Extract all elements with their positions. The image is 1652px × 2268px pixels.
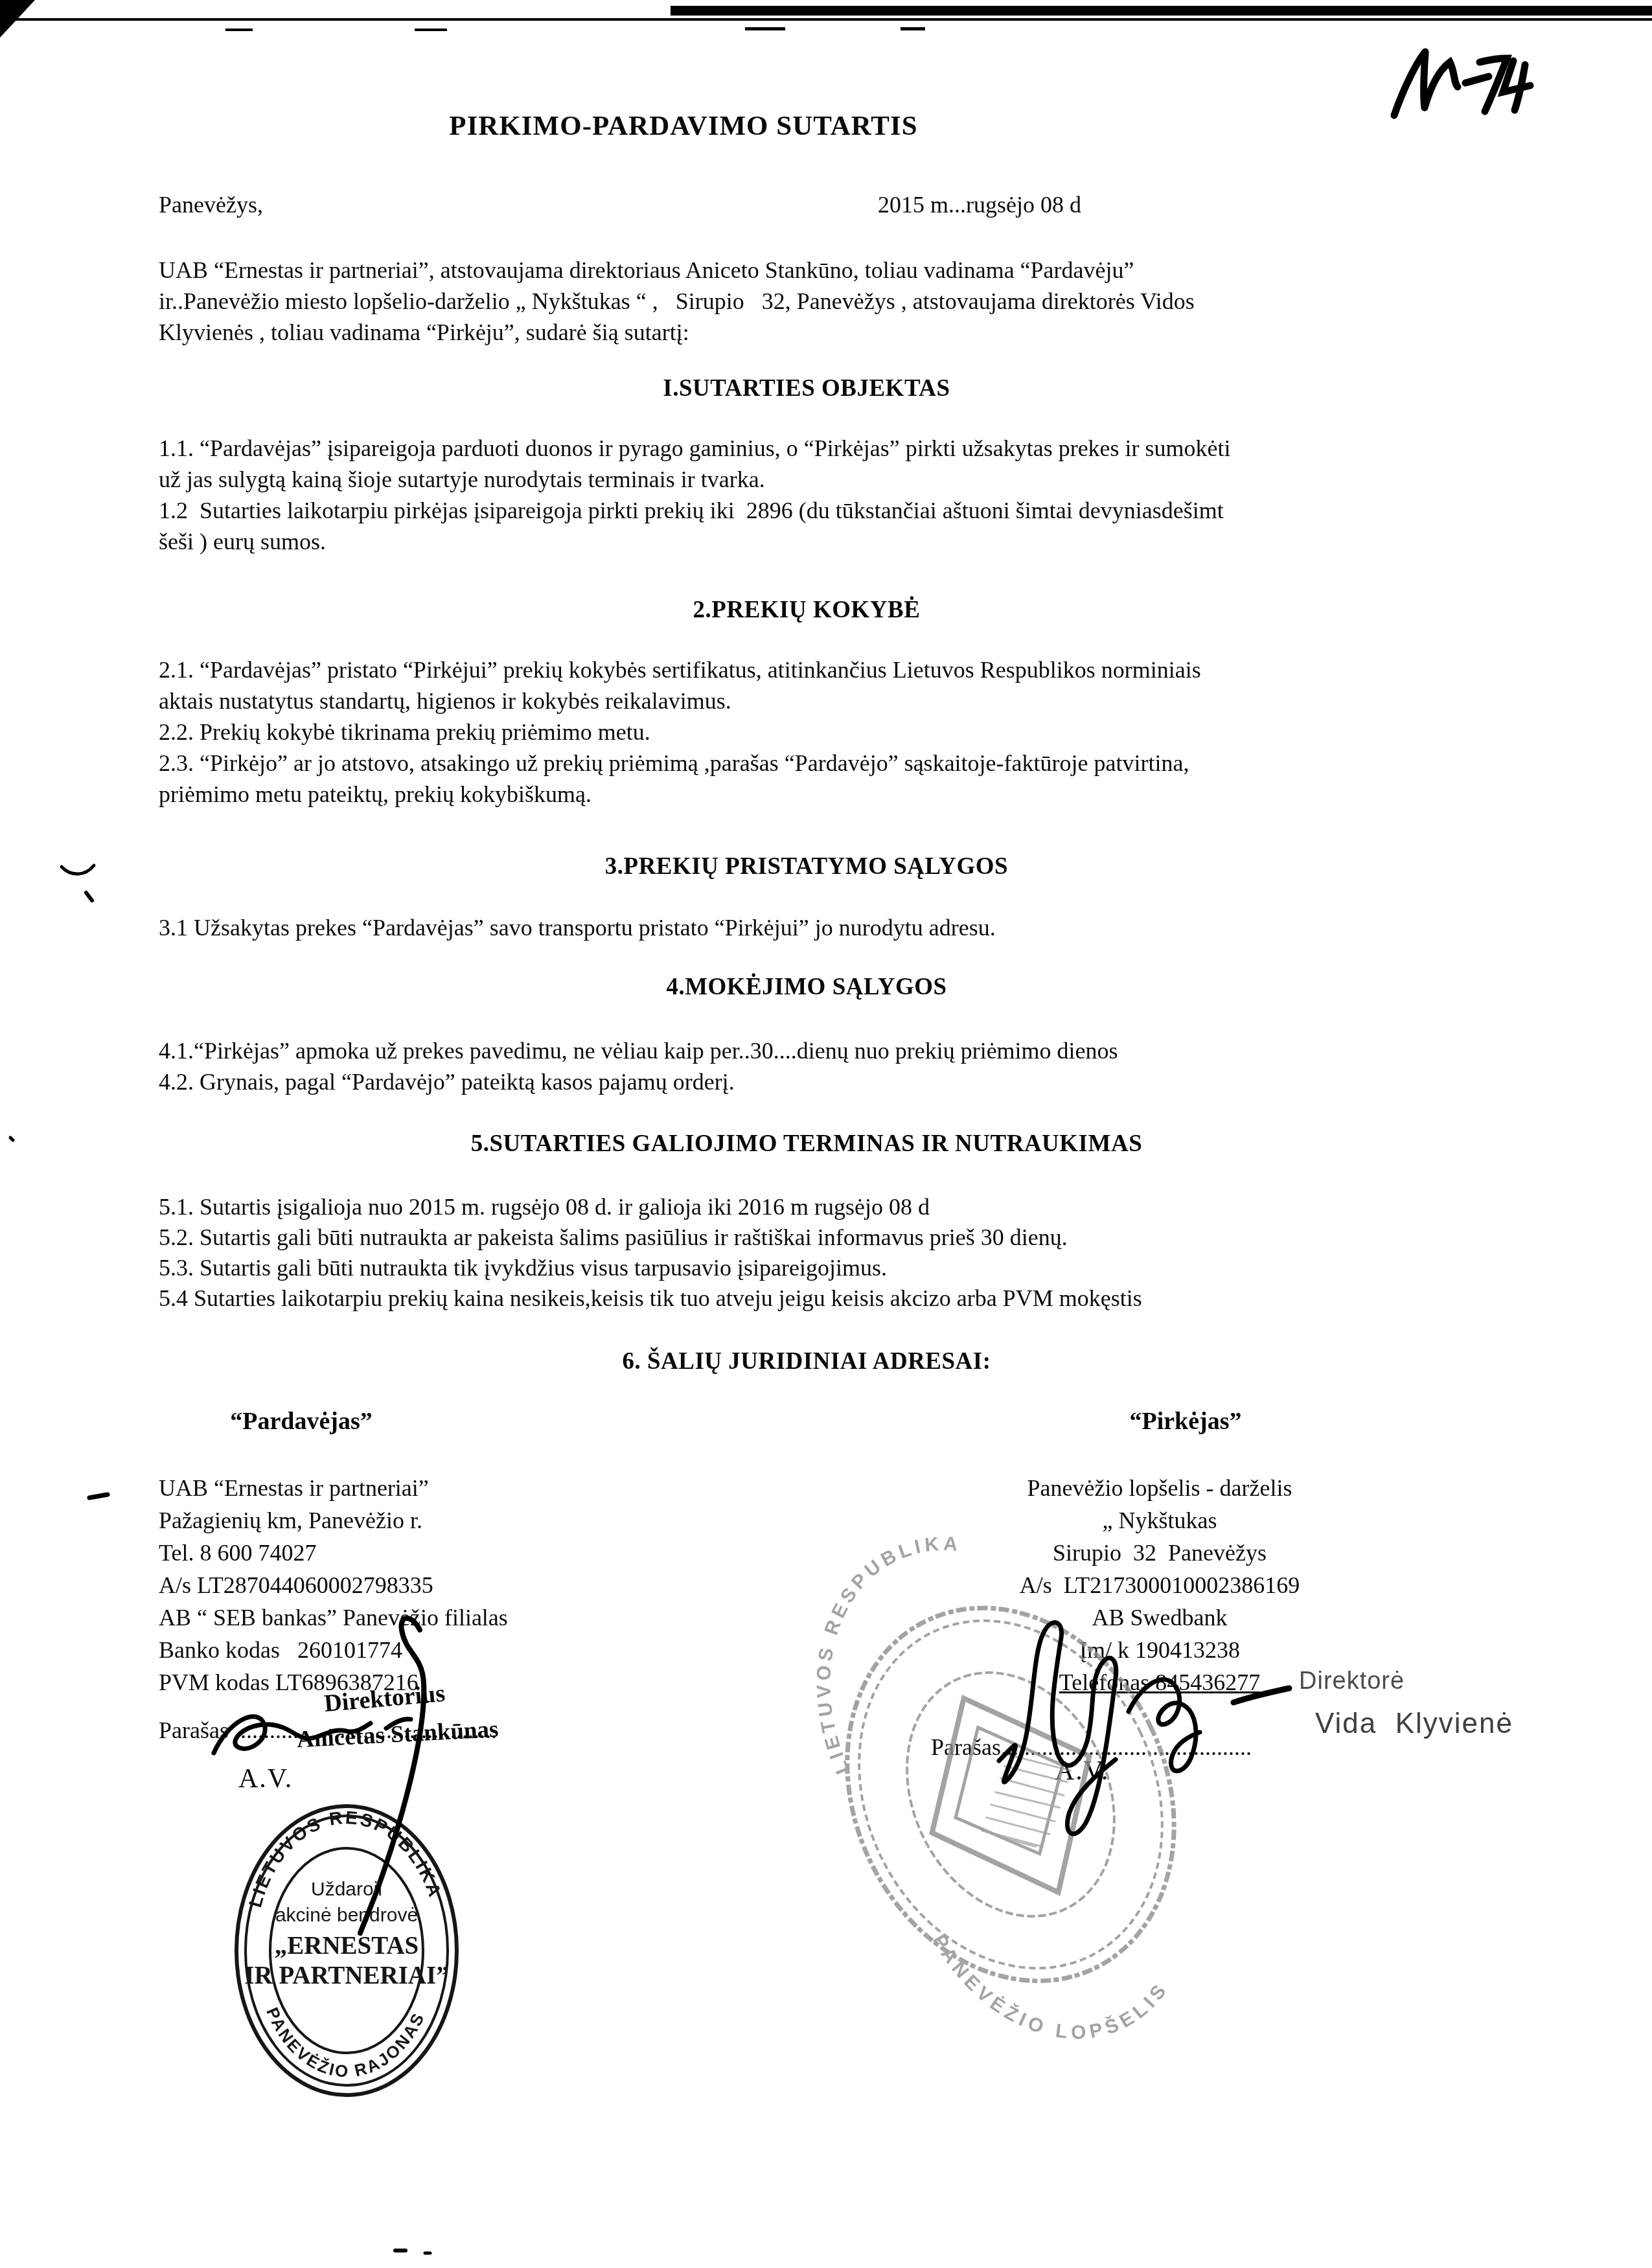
contract-document: Nr 74 PIRKIMO-PARDAVIMO SUTARTIS Panevėž… <box>0 0 1652 2268</box>
scan-margin-marks <box>0 0 1652 2268</box>
